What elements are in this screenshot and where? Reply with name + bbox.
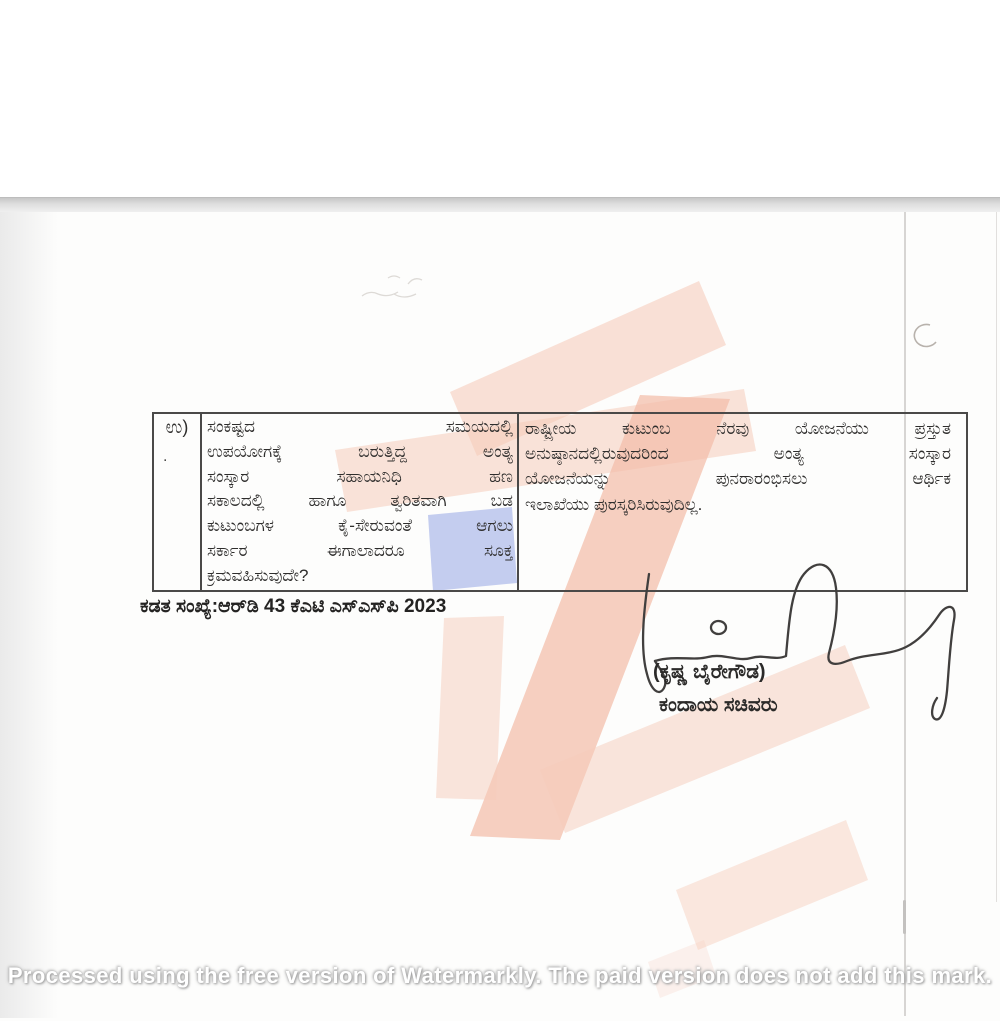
- screen: ಉ) . ಸಂಕಷ್ಟದ ಸಮಯದಲ್ಲಿ ಉಪಯೋಗಕ್ಕೆ ಬರುತ್ತಿದ…: [0, 0, 1000, 1021]
- signature-ink: [0, 0, 1000, 1021]
- signatory-name: (ಕೃಷ್ಣ ಬೈರೇಗೌಡ): [653, 661, 953, 684]
- signatory-designation: ಕಂದಾಯ ಸಚಿವರು: [659, 694, 959, 717]
- watermarkly-footer-text: Processed using the free version of Wate…: [0, 963, 1000, 989]
